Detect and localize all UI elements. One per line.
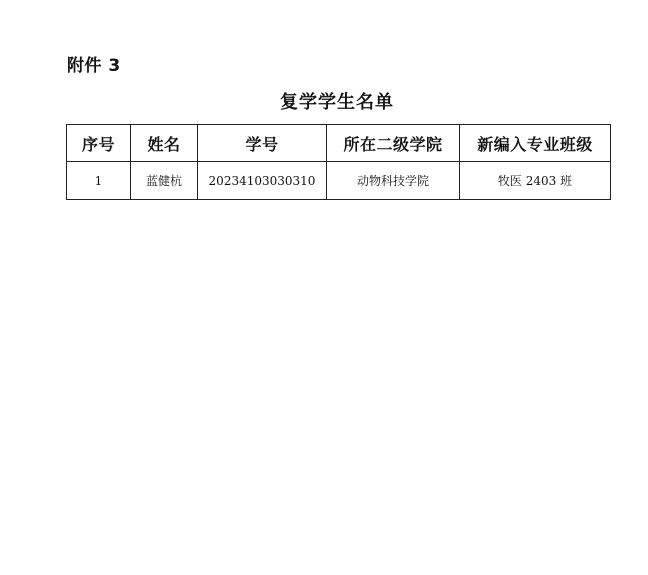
- header-student-id: 学号: [198, 125, 327, 162]
- table-row: 1 蓝健杭 20234103030310 动物科技学院 牧医 2403 班: [67, 162, 611, 200]
- header-college: 所在二级学院: [327, 125, 460, 162]
- reinstated-students-table: 序号 姓名 学号 所在二级学院 新编入专业班级 1 蓝健杭 2023410303…: [66, 124, 611, 200]
- cell-new-class: 牧医 2403 班: [460, 162, 611, 200]
- header-name: 姓名: [131, 125, 198, 162]
- attachment-label: 附件 3: [67, 55, 121, 77]
- header-index: 序号: [67, 125, 131, 162]
- table-header-row: 序号 姓名 学号 所在二级学院 新编入专业班级: [67, 125, 611, 162]
- header-new-class: 新编入专业班级: [460, 125, 611, 162]
- cell-name: 蓝健杭: [131, 162, 198, 200]
- cell-student-id: 20234103030310: [198, 162, 327, 200]
- document-title: 复学学生名单: [0, 92, 648, 114]
- cell-college: 动物科技学院: [327, 162, 460, 200]
- cell-index: 1: [67, 162, 131, 200]
